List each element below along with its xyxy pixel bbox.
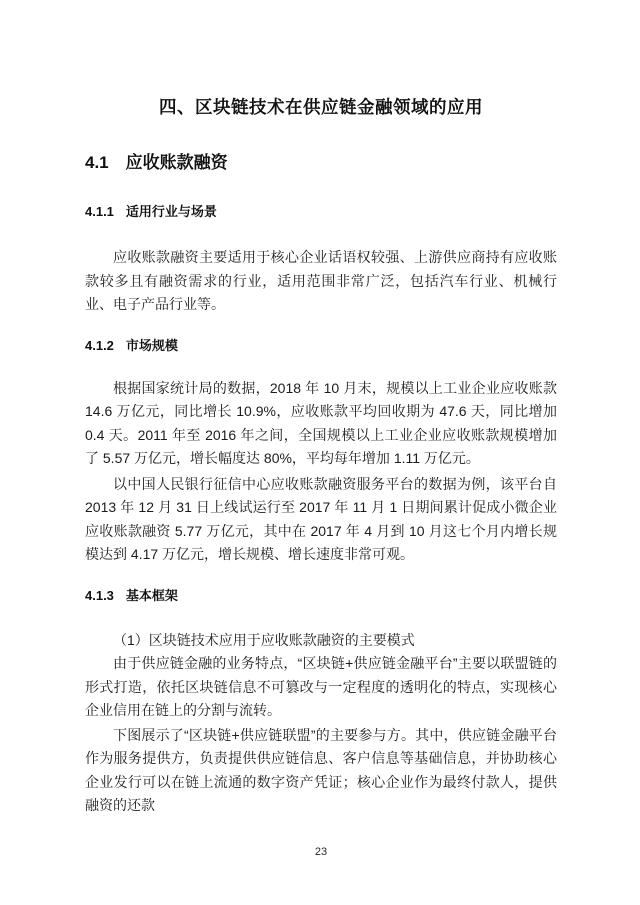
chapter-title: 四、区块链技术在供应链金融领域的应用	[85, 96, 557, 118]
section-heading-4-1: 4.1应收账款融资	[85, 152, 557, 174]
subsection-heading-4-1-3: 4.1.3基本框架	[85, 587, 557, 605]
subsection-label: 适用行业与场景	[126, 204, 217, 219]
subsection-label: 基本框架	[126, 588, 178, 603]
section-label: 应收账款融资	[126, 153, 228, 172]
list-item-main-mode: （1）区块链技术应用于应收账款融资的主要模式	[85, 629, 557, 653]
paragraph-market-statistics: 根据国家统计局的数据，2018 年 10 月末，规模以上工业企业应收账款 14.…	[85, 377, 557, 471]
paragraph-participants: 下图展示了“区块链+供应链联盟”的主要参与方。其中，供应链金融平台作为服务提供方…	[85, 724, 557, 818]
subsection-heading-4-1-1: 4.1.1适用行业与场景	[85, 203, 557, 221]
paragraph-pboc-platform: 以中国人民银行征信中心应收账款融资服务平台的数据为例，该平台自 2013 年 1…	[85, 473, 557, 567]
page-number: 23	[85, 844, 557, 860]
subsection-number: 4.1.3	[85, 587, 114, 605]
subsection-number: 4.1.1	[85, 203, 114, 221]
paragraph-alliance-chain: 由于供应链金融的业务特点，“区块链+供应链金融平台”主要以联盟链的形式打造，依托…	[85, 652, 557, 723]
document-page: 四、区块链技术在供应链金融领域的应用 4.1应收账款融资 4.1.1适用行业与场…	[0, 0, 640, 905]
subsection-heading-4-1-2: 4.1.2市场规模	[85, 337, 557, 355]
subsection-label: 市场规模	[126, 338, 178, 353]
subsection-number: 4.1.2	[85, 337, 114, 355]
section-number: 4.1	[85, 152, 109, 174]
paragraph-applicable-industries: 应收账款融资主要适用于核心企业话语权较强、上游供应商持有应收账款较多且有融资需求…	[85, 246, 557, 317]
